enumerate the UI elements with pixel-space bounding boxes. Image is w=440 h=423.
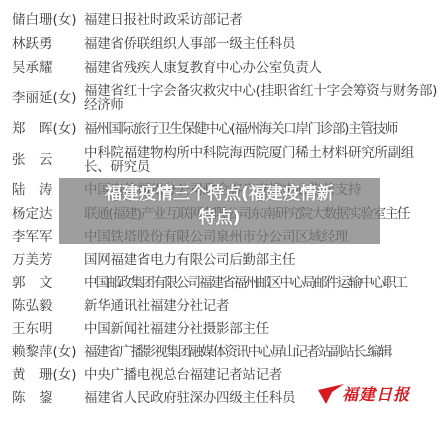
headline-line-2: 特点) xyxy=(59,206,380,230)
list-item: 吴承耀 福建省残疾人康复教育中心办公室负责人 xyxy=(12,56,438,80)
list-item: 王东明 中国新闻社福建分社摄影部主任 xyxy=(12,317,438,340)
person-name: 林跃勇 xyxy=(12,36,84,52)
list-item: 张 云 中科院福建物构所中科院海西院厦门稀土材料研究所副组长、研究员 xyxy=(12,142,438,178)
person-name: 吴承耀 xyxy=(12,60,84,76)
person-title: 中科院福建物构所中科院海西院厦门稀土材料研究所副组长、研究员 xyxy=(84,146,438,174)
person-name: 储白珊(女) xyxy=(12,12,84,28)
person-title: 福建日报社时政采访部记者 xyxy=(84,12,438,28)
person-name: 王东明 xyxy=(12,321,84,337)
list-item: 万美芳 国网福建省电力有限公司后勤部主任 xyxy=(12,248,438,271)
list-item: 李丽延(女) 福建省红十字会备灾救灾中心(挂职省红十字会筹资与财务部)经济师 xyxy=(12,80,438,116)
person-name: 黄 珊(女) xyxy=(12,367,84,383)
person-name: 万美芳 xyxy=(12,252,84,268)
person-title: 中央广播电视总台福建记者站记者 xyxy=(84,367,438,383)
person-name: 郭 文 xyxy=(12,275,84,291)
person-title: 中国邮政集团有限公司福建省福州邮区中心局邮件运输中心职工 xyxy=(84,275,438,291)
list-item: 赖黎萍(女) 福建省广播影视集团融媒体资讯中心屏山记者站副站长.编辑 xyxy=(12,340,438,363)
person-title: 福建省红十字会备灾救灾中心(挂职省红十字会筹资与财务部)经济师 xyxy=(84,84,438,112)
person-title: 福建省广播影视集团融媒体资讯中心屏山记者站副站长.编辑 xyxy=(84,344,438,360)
person-name: 赖黎萍(女) xyxy=(12,344,84,360)
headline-line-1: 福建疫情三个特点(福建疫情新 xyxy=(59,182,380,206)
person-name: 陈 鋆 xyxy=(12,390,84,406)
person-title: 国网福建省电力有限公司后勤部主任 xyxy=(84,252,438,268)
newspaper-logo: 福建日报 xyxy=(318,384,423,406)
person-title: 新华通讯社福建分社记者 xyxy=(84,298,438,314)
person-name: 郑 晖(女) xyxy=(12,121,84,137)
list-item: 陈弘毅 新华通讯社福建分社记者 xyxy=(12,294,438,317)
person-title: 福州国际旅行卫生保健中心(福州海关口岸门诊部)主管技师 xyxy=(84,121,438,137)
person-name: 陈弘毅 xyxy=(12,298,84,314)
person-title: 福建省残疾人康复教育中心办公室负责人 xyxy=(84,60,438,76)
list-item: 郑 晖(女) 福州国际旅行卫生保健中心(福州海关口岸门诊部)主管技师 xyxy=(12,116,438,142)
person-name: 李丽延(女) xyxy=(12,90,84,106)
list-item: 储白珊(女) 福建日报社时政采访部记者 xyxy=(12,8,438,32)
logo-swoosh-icon xyxy=(318,384,344,406)
person-title: 中国新闻社福建分社摄影部主任 xyxy=(84,321,438,337)
list-item: 郭 文 中国邮政集团有限公司福建省福州邮区中心局邮件运输中心职工 xyxy=(12,271,438,294)
logo-text: 福建日报 xyxy=(342,382,410,405)
list-item: 林跃勇 福建省侨联组织人事部一级主任科员 xyxy=(12,32,438,56)
person-title: 福建省侨联组织人事部一级主任科员 xyxy=(84,36,438,52)
headline-text: 福建疫情三个特点(福建疫情新 特点) xyxy=(59,182,380,230)
person-name: 张 云 xyxy=(12,152,84,168)
